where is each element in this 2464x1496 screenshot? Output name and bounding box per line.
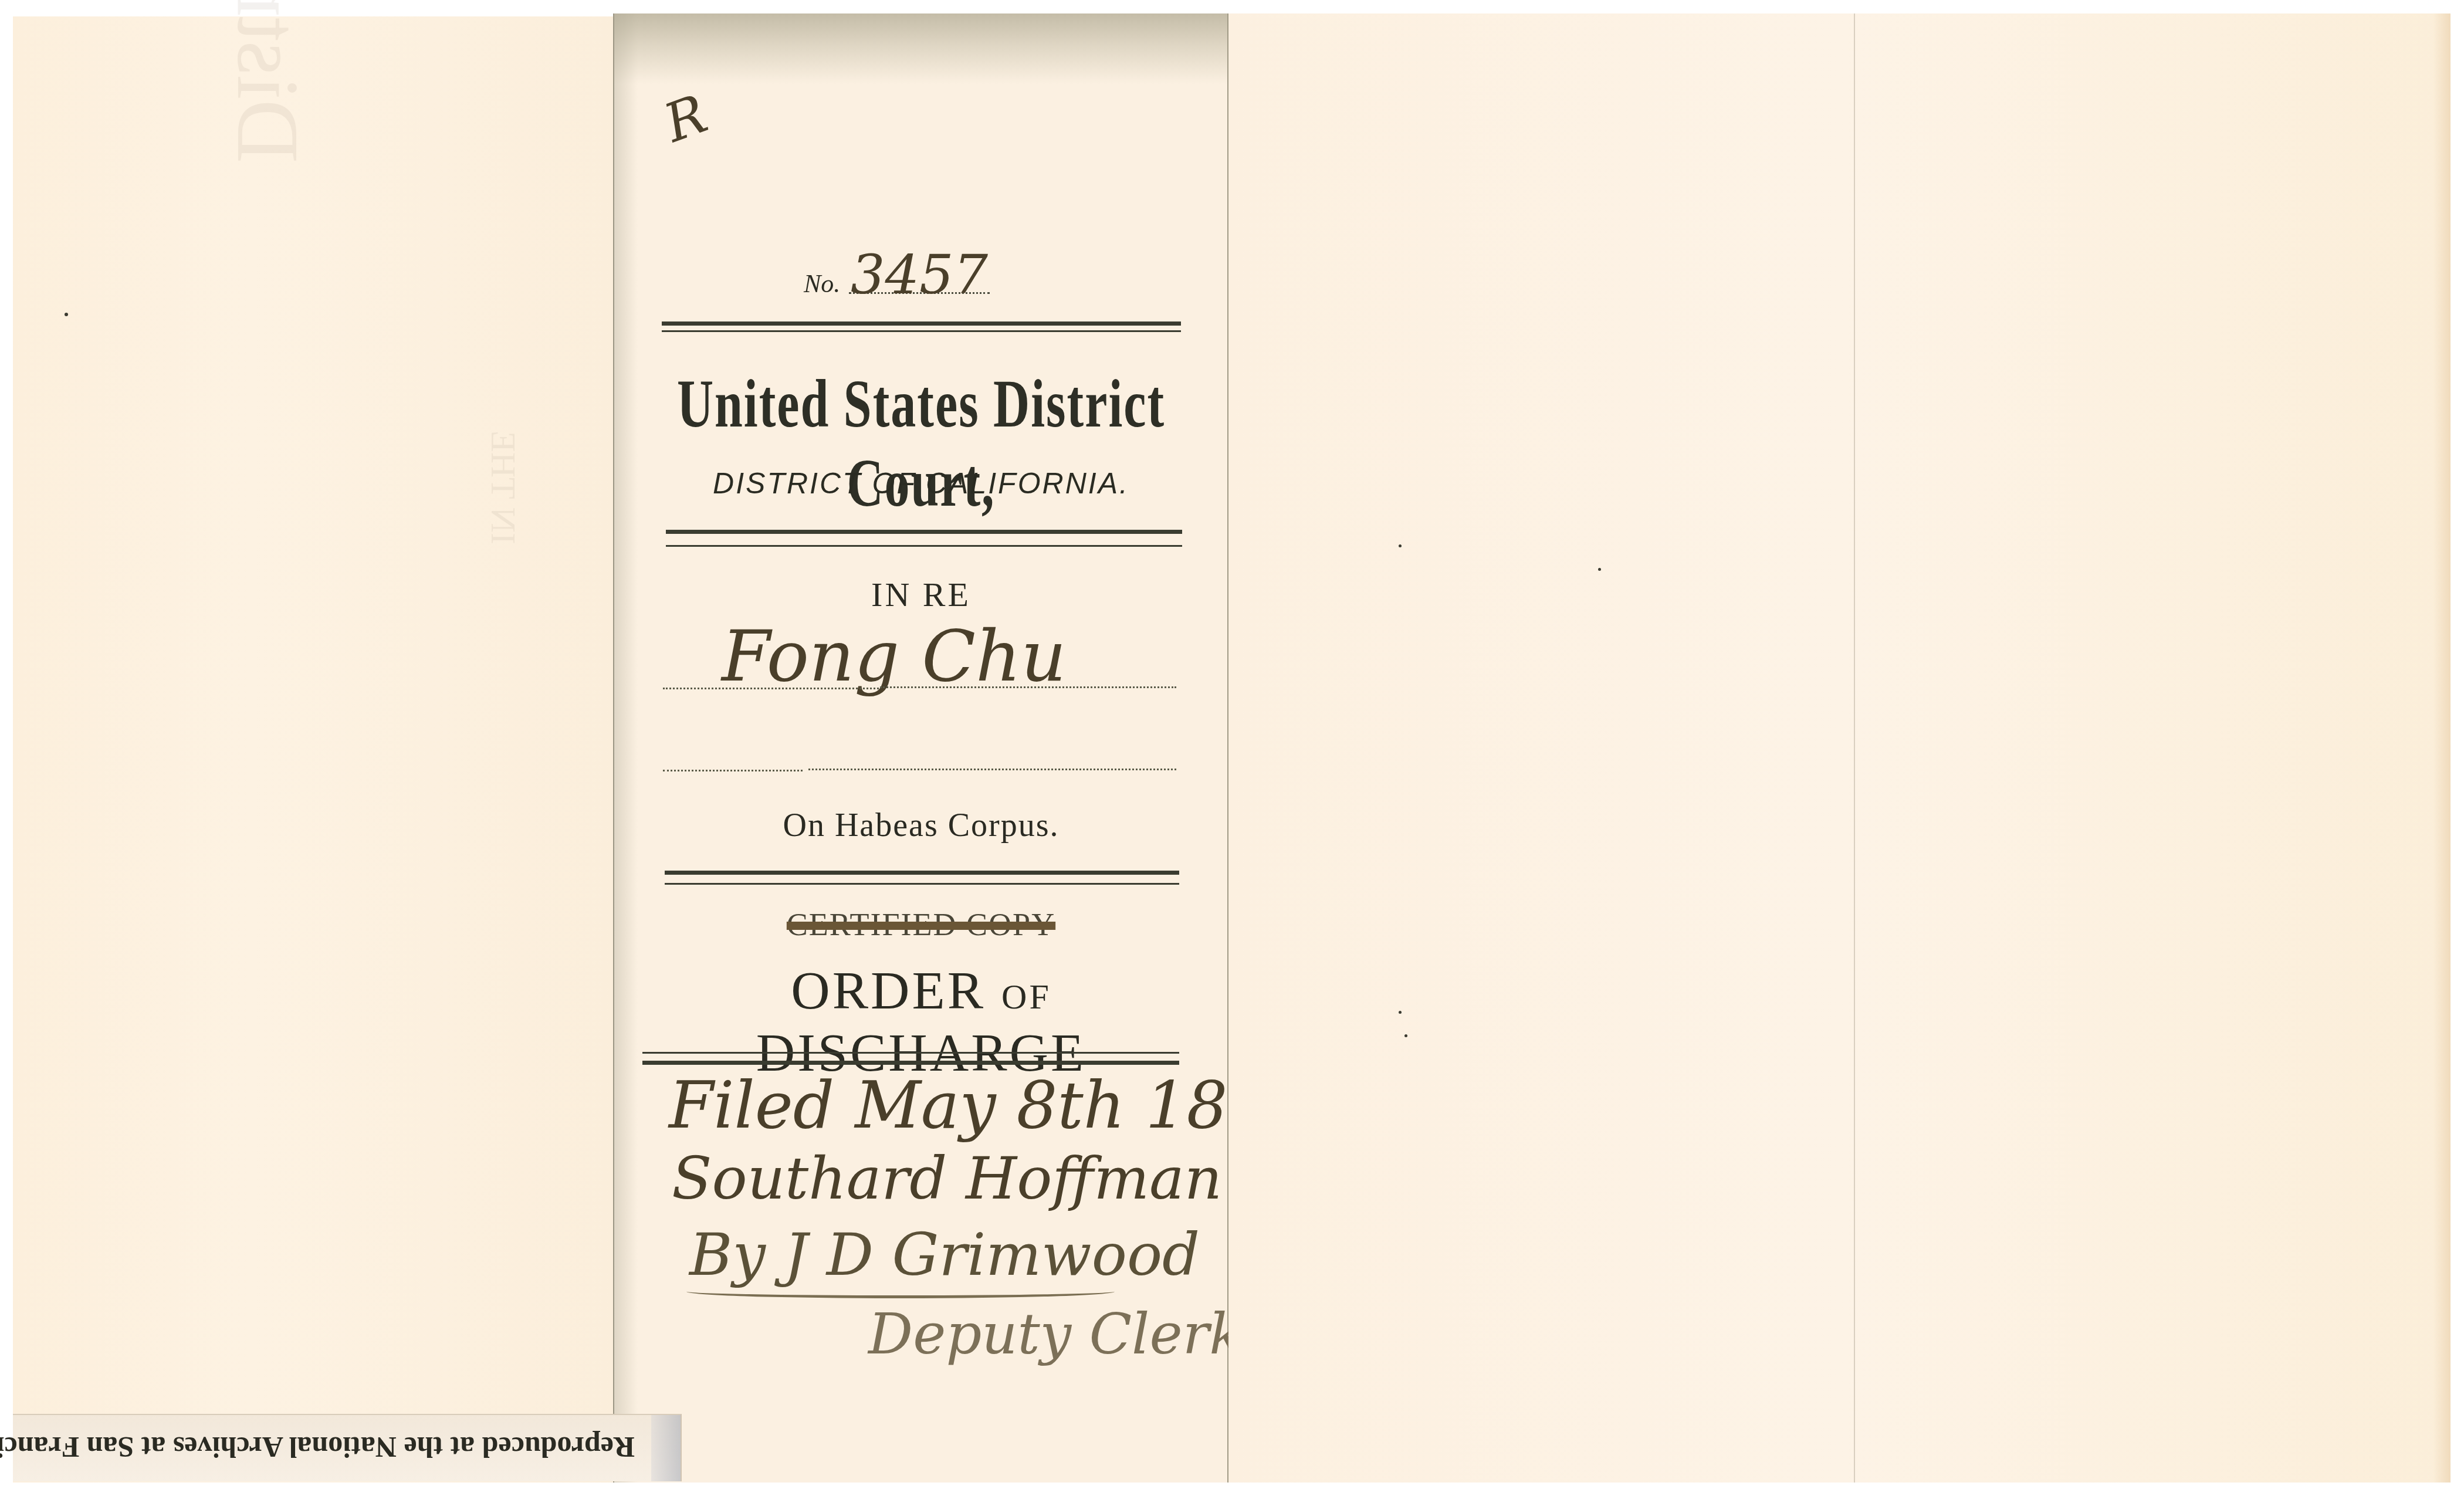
rule-thin — [666, 545, 1182, 547]
document-title-part1: ORDER — [791, 960, 1001, 1020]
case-number-value: 3457 — [851, 243, 988, 306]
edge-shadow — [2433, 13, 2451, 1483]
right-fold-panel — [1228, 13, 2451, 1483]
tape-edge — [651, 1415, 681, 1481]
bleed-through-text: District Court of the United States — [217, 0, 318, 163]
paper-speck — [1404, 1034, 1407, 1037]
paper-speck — [1399, 1011, 1402, 1014]
signature-flourish — [686, 1285, 1115, 1298]
name-dotted-line-2 — [808, 769, 1176, 770]
case-number-row: No. 3457 — [710, 246, 1062, 299]
rule-thin — [642, 1052, 1179, 1054]
edge-smudge — [614, 13, 638, 1483]
rule-thin — [662, 330, 1181, 332]
paper-speck — [65, 313, 68, 316]
bleed-through-small-text: IN THE — [483, 431, 523, 544]
rule-thick — [666, 530, 1182, 534]
left-fold-panel: District Court of the United States IN T… — [13, 16, 613, 1483]
rule-thick — [662, 321, 1181, 326]
case-number-label: No. — [804, 269, 840, 299]
document-title-of: OF — [1001, 977, 1051, 1016]
archive-reproduction-label: Reproduced at the National Archives at S… — [13, 1414, 682, 1481]
petitioner-name: Fong Chu — [722, 616, 1067, 698]
fold-line — [1854, 13, 1855, 1483]
district-name: DISTRICT OF CALIFORNIA. — [669, 466, 1173, 500]
name-dotted-line-2 — [663, 770, 803, 771]
archive-label-text: Reproduced at the National Archives at S… — [48, 1430, 635, 1464]
name-dotted-line — [663, 688, 879, 689]
rule-thick — [642, 1061, 1179, 1065]
in-re-label: IN RE — [657, 575, 1185, 614]
proceeding-type: On Habeas Corpus. — [657, 807, 1185, 844]
struck-certified-copy-label: CERTIFIED COPY — [657, 906, 1185, 943]
deputy-clerk-title: Deputy Clerk — [868, 1302, 1243, 1367]
name-dotted-line — [880, 686, 1176, 688]
filed-endorsement: Filed May 8th 1885 — [669, 1068, 1309, 1143]
top-smudge — [614, 13, 1227, 84]
rule-thick — [665, 871, 1179, 875]
paper-speck — [1399, 544, 1402, 547]
paper-speck — [1598, 568, 1601, 571]
document-title: ORDER OF DISCHARGE — [645, 959, 1197, 1084]
deputy-signature: By J D Grimwood — [689, 1220, 1200, 1289]
rule-thin — [665, 883, 1179, 885]
